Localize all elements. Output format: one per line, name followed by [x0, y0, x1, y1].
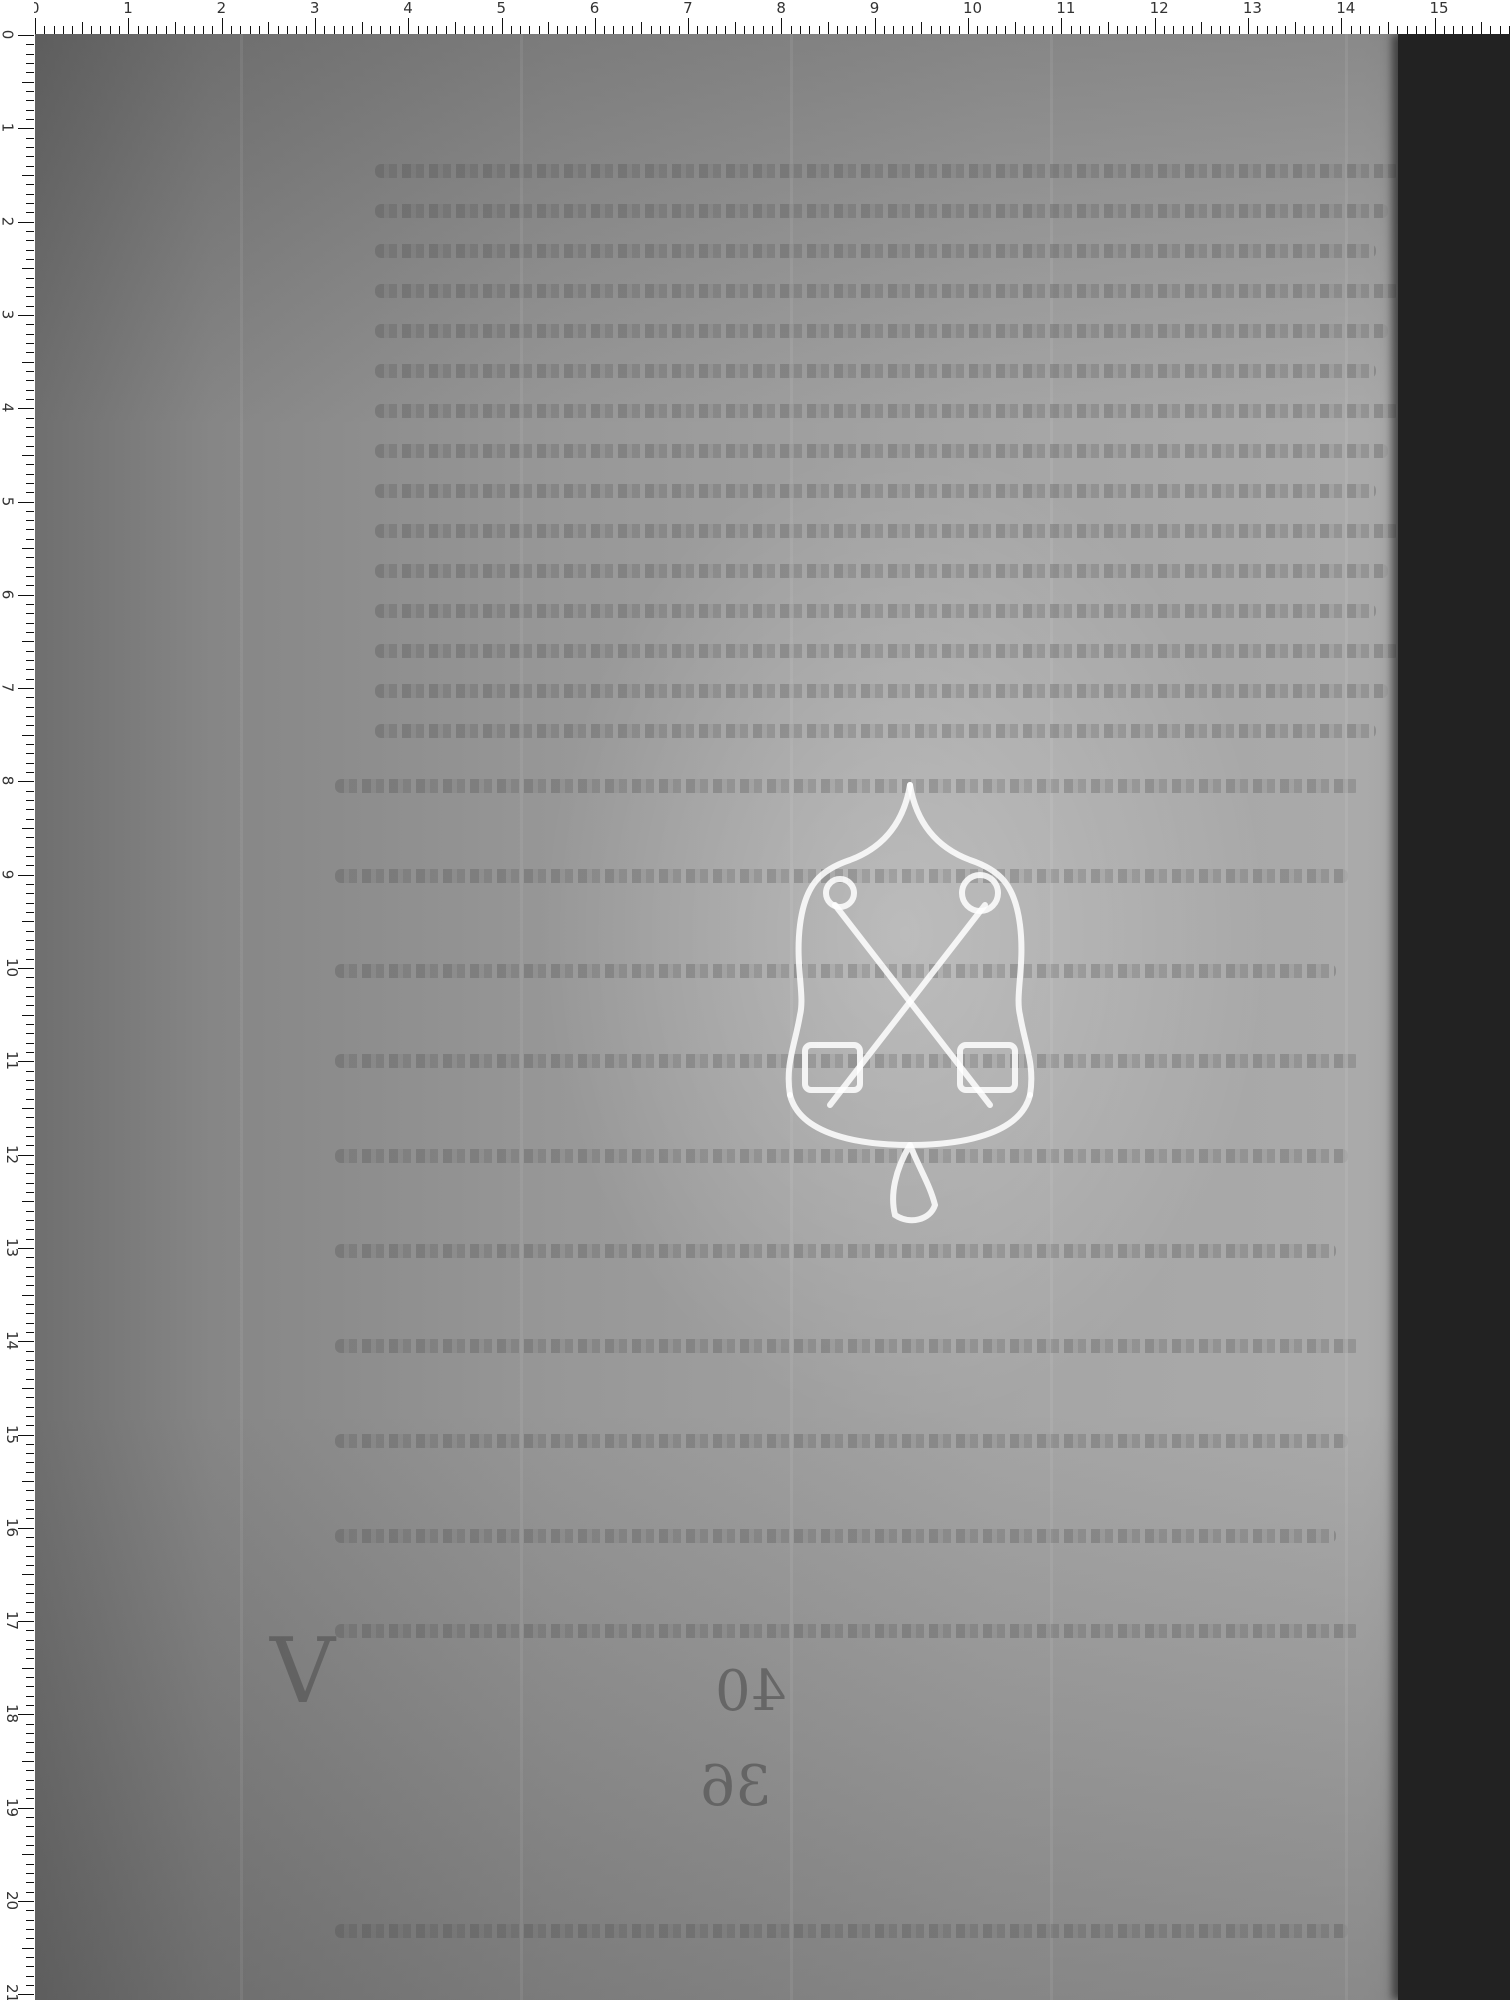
ruler-tick — [1211, 26, 1212, 34]
ruler-tick — [1136, 26, 1137, 34]
ruler-tick — [18, 875, 34, 876]
ruler-tick — [343, 26, 344, 34]
ruler-tick — [26, 996, 34, 997]
ruler-tick — [1472, 26, 1473, 34]
ruler-tick — [26, 772, 34, 773]
ruler-tick — [26, 1976, 34, 1977]
ruler-tick — [1108, 22, 1109, 34]
script-line — [375, 524, 1400, 538]
ruler-tick — [707, 26, 708, 34]
ruler-tick — [446, 26, 447, 34]
ruler-tick — [26, 977, 34, 978]
ruler-tick — [26, 1285, 34, 1286]
ruler-label: 19 — [4, 1798, 19, 1817]
ruler-tick — [26, 1462, 34, 1463]
ruler-tick — [278, 26, 279, 34]
ruler-label: 7 — [0, 683, 14, 693]
ruler-tick — [26, 1518, 34, 1519]
ruler-tick — [744, 26, 745, 34]
ruler-tick — [679, 26, 680, 34]
ruler-tick — [1043, 26, 1044, 34]
ruler-label: 6 — [0, 590, 14, 600]
script-line — [375, 564, 1388, 578]
ruler-tick — [1453, 26, 1454, 34]
chain-line — [240, 34, 243, 2000]
ruler-tick — [156, 26, 157, 34]
ruler-label: 17 — [4, 1611, 19, 1630]
ruler-tick — [22, 175, 34, 176]
ruler-tick — [529, 26, 530, 34]
ruler-tick — [856, 26, 857, 34]
ruler-tick — [26, 679, 34, 680]
ruler-tick — [623, 26, 624, 34]
ruler-tick — [166, 26, 167, 34]
script-line — [335, 1624, 1360, 1638]
ruler-tick — [1155, 18, 1156, 34]
ruler-tick — [26, 669, 34, 670]
ruler-tick — [26, 156, 34, 157]
ruler-tick — [1397, 26, 1398, 34]
ruler-tick — [91, 26, 92, 34]
ruler-tick — [921, 22, 922, 34]
numeral-lower: 36 — [700, 1754, 771, 1819]
ruler-tick — [26, 464, 34, 465]
ruler-label: 9 — [870, 1, 880, 16]
ruler-tick — [26, 940, 34, 941]
ruler-tick — [26, 1444, 34, 1445]
ruler-tick — [22, 1854, 34, 1855]
ruler-tick — [18, 688, 34, 689]
ruler-tick — [26, 1164, 34, 1165]
ruler-tick — [26, 1556, 34, 1557]
ruler-tick — [26, 1845, 34, 1846]
ruler-tick — [1061, 18, 1062, 34]
ruler-tick — [781, 18, 782, 34]
ruler-label: 8 — [776, 1, 786, 16]
ruler-tick — [26, 856, 34, 857]
ruler-tick — [26, 1724, 34, 1725]
ruler-tick — [26, 1649, 34, 1650]
ruler-label: 7 — [683, 1, 693, 16]
ruler-tick — [660, 26, 661, 34]
ruler-tick — [26, 949, 34, 950]
ruler-tick — [26, 623, 34, 624]
ruler-tick — [1481, 22, 1482, 34]
ruler-tick — [352, 26, 353, 34]
script-line — [375, 244, 1376, 258]
ruler-tick — [26, 119, 34, 120]
script-line — [375, 684, 1388, 698]
ruler-tick — [22, 735, 34, 736]
ruler-tick — [26, 1145, 34, 1146]
ruler-tick — [26, 660, 34, 661]
ruler-tick — [26, 1938, 34, 1939]
ruler-tick — [1117, 26, 1118, 34]
ruler-tick — [18, 35, 34, 36]
ruler-label: 13 — [4, 1238, 19, 1257]
ruler-tick — [931, 26, 932, 34]
manuscript-scan: 40 36 V — [35, 34, 1510, 2000]
ruler-tick — [296, 26, 297, 34]
ruler-tick — [26, 1882, 34, 1883]
ruler-tick — [800, 26, 801, 34]
ruler-tick — [26, 1836, 34, 1837]
ruler-label: 20 — [4, 1891, 19, 1910]
ruler-label: 4 — [0, 403, 14, 413]
ruler-tick — [175, 22, 176, 34]
ruler-tick — [26, 231, 34, 232]
ruler-tick — [1080, 26, 1081, 34]
ruler-tick — [26, 1005, 34, 1006]
ruler-tick — [1239, 26, 1240, 34]
ruler-tick — [26, 931, 34, 932]
ruler-tick — [26, 1985, 34, 1986]
ruler-tick — [119, 26, 120, 34]
ruler-tick — [362, 22, 363, 34]
ruler-tick — [26, 987, 34, 988]
ruler-tick — [26, 1798, 34, 1799]
ruler-tick — [1229, 26, 1230, 34]
ruler-tick — [26, 343, 34, 344]
ruler-tick — [26, 240, 34, 241]
script-line — [375, 724, 1376, 738]
ruler-tick — [1351, 26, 1352, 34]
ruler-tick — [26, 847, 34, 848]
ruler-tick — [26, 1546, 34, 1547]
ruler-tick — [26, 529, 34, 530]
ruler-tick — [26, 1966, 34, 1967]
ruler-tick — [22, 548, 34, 549]
ruler-tick — [18, 1248, 34, 1249]
ruler-tick — [763, 26, 764, 34]
ruler-tick — [22, 362, 34, 363]
ruler-tick — [250, 26, 251, 34]
ruler-tick — [875, 18, 876, 34]
script-line — [375, 404, 1400, 418]
ruler-tick — [26, 1742, 34, 1743]
ruler-tick — [22, 1388, 34, 1389]
ruler-tick — [1005, 26, 1006, 34]
ruler-tick — [1052, 26, 1053, 34]
ruler-tick — [1276, 26, 1277, 34]
ruler-tick — [18, 315, 34, 316]
margin-mark: V — [270, 1619, 335, 1724]
ruler-tick — [567, 26, 568, 34]
ruler-tick — [1444, 26, 1445, 34]
ruler-tick — [22, 1295, 34, 1296]
ruler-tick — [26, 1780, 34, 1781]
ruler-tick — [26, 585, 34, 586]
ruler-tick — [632, 26, 633, 34]
ruler-tick — [138, 26, 139, 34]
ruler-tick — [791, 26, 792, 34]
ruler-tick — [324, 26, 325, 34]
ruler-tick — [26, 324, 34, 325]
ruler-tick — [903, 26, 904, 34]
ruler-tick — [100, 26, 101, 34]
ruler-tick — [240, 26, 241, 34]
ruler-tick — [26, 1658, 34, 1659]
ruler-tick — [18, 128, 34, 129]
ruler-tick — [26, 306, 34, 307]
ruler-tick — [26, 1099, 34, 1100]
ruler-tick — [1369, 26, 1370, 34]
ruler-tick — [26, 539, 34, 540]
ruler-tick — [1407, 26, 1408, 34]
ruler-tick — [26, 903, 34, 904]
ruler-tick — [1145, 26, 1146, 34]
ruler-tick — [26, 1173, 34, 1174]
ruler-tick — [26, 744, 34, 745]
ruler-tick — [1360, 26, 1361, 34]
ruler-tick — [22, 1948, 34, 1949]
ruler-tick — [26, 371, 34, 372]
ruler-tick — [26, 436, 34, 437]
ruler-tick — [847, 26, 848, 34]
ruler-tick — [968, 18, 969, 34]
ruler-tick — [959, 26, 960, 34]
ruler-tick — [18, 1155, 34, 1156]
ruler-tick — [26, 753, 34, 754]
ruler-tick — [837, 26, 838, 34]
ruler-tick — [26, 1602, 34, 1603]
ruler-label: 6 — [590, 1, 600, 16]
ruler-tick — [82, 22, 83, 34]
ruler-tick — [26, 959, 34, 960]
ruler-tick — [18, 968, 34, 969]
ruler-label: 5 — [497, 1, 507, 16]
ruler-tick — [26, 1369, 34, 1370]
ruler-tick — [203, 26, 204, 34]
ruler-tick — [539, 26, 540, 34]
ruler-label: 11 — [4, 1051, 19, 1070]
ruler-tick — [18, 502, 34, 503]
ruler-tick — [26, 1313, 34, 1314]
ruler-tick — [26, 390, 34, 391]
ruler-tick — [977, 26, 978, 34]
ruler-tick — [26, 72, 34, 73]
ruler-tick — [26, 1043, 34, 1044]
ruler-tick — [1099, 26, 1100, 34]
ruler-tick — [511, 26, 512, 34]
ruler-tick — [1071, 26, 1072, 34]
ruler-tick — [26, 1407, 34, 1408]
ruler-tick — [26, 259, 34, 260]
ruler-tick — [418, 26, 419, 34]
script-line — [335, 1339, 1360, 1353]
ruler-tick — [22, 82, 34, 83]
ruler-tick — [1295, 22, 1296, 34]
ruler-tick — [26, 819, 34, 820]
ruler-tick — [1257, 26, 1258, 34]
ruler-tick — [1388, 22, 1389, 34]
ruler-label: 16 — [4, 1518, 19, 1537]
ruler-tick — [26, 1472, 34, 1473]
ruler-tick — [26, 1509, 34, 1510]
ruler-tick — [26, 837, 34, 838]
script-line — [335, 1244, 1336, 1258]
ruler-tick — [1024, 26, 1025, 34]
ruler-tick — [26, 1920, 34, 1921]
ruler-tick — [809, 26, 810, 34]
ruler-tick — [26, 287, 34, 288]
ruler-tick — [26, 250, 34, 251]
ruler-label: 9 — [0, 869, 14, 879]
ruler-tick — [1332, 26, 1333, 34]
ruler-tick — [26, 147, 34, 148]
ruler-tick — [725, 26, 726, 34]
ruler-tick — [26, 1183, 34, 1184]
ruler-tick — [110, 26, 111, 34]
ruler-tick — [427, 26, 428, 34]
ruler-label: 18 — [4, 1704, 19, 1723]
ruler-tick — [22, 1201, 34, 1202]
ruler-tick — [26, 1910, 34, 1911]
ruler-tick — [735, 22, 736, 34]
ruler-label: 3 — [310, 1, 320, 16]
ruler-tick — [18, 1061, 34, 1062]
ruler-tick — [26, 1267, 34, 1268]
script-line — [375, 644, 1400, 658]
ruler-label: 15 — [4, 1424, 19, 1443]
ruler-tick — [26, 278, 34, 279]
ruler-tick — [1313, 26, 1314, 34]
ruler-tick — [315, 18, 316, 34]
ruler-tick — [26, 1192, 34, 1193]
ruler-label: 15 — [1430, 1, 1449, 16]
ruler-tick — [492, 26, 493, 34]
scanner-dark-band — [1398, 34, 1510, 2000]
script-line — [375, 164, 1400, 178]
ruler-tick — [987, 26, 988, 34]
ruler-tick — [474, 26, 475, 34]
ruler-tick — [26, 1537, 34, 1538]
ruler-tick — [688, 18, 689, 34]
ruler-tick — [26, 63, 34, 64]
ruler-tick — [26, 1957, 34, 1958]
ruler-tick — [26, 1257, 34, 1258]
ruler-tick — [949, 26, 950, 34]
ruler-label: 4 — [403, 1, 413, 16]
ruler-tick — [1341, 18, 1342, 34]
script-line — [375, 284, 1400, 298]
ruler-label: 12 — [4, 1145, 19, 1164]
ruler-tick — [1500, 26, 1501, 34]
ruler-tick — [390, 26, 391, 34]
ruler-tick — [26, 1425, 34, 1426]
ruler-tick — [26, 809, 34, 810]
ruler-tick — [464, 26, 465, 34]
ruler-tick — [26, 520, 34, 521]
ruler-tick — [26, 800, 34, 801]
script-line — [335, 1924, 1348, 1938]
ruler-tick — [334, 26, 335, 34]
ruler-tick — [1173, 26, 1174, 34]
ruler-tick — [26, 296, 34, 297]
ruler-tick — [26, 763, 34, 764]
ruler-tick — [26, 1453, 34, 1454]
ruler-tick — [147, 26, 148, 34]
script-line — [335, 1434, 1348, 1448]
ruler-tick — [18, 1994, 34, 1995]
ruler-tick — [26, 716, 34, 717]
ruler-tick — [604, 26, 605, 34]
ruler-tick — [26, 893, 34, 894]
ruler-tick — [893, 26, 894, 34]
ruler-tick — [231, 26, 232, 34]
ruler-tick — [212, 26, 213, 34]
ruler-tick — [1183, 26, 1184, 34]
ruler-tick — [35, 18, 36, 34]
ruler-tick — [18, 1901, 34, 1902]
ruler-tick — [26, 427, 34, 428]
ruler-tick — [26, 1276, 34, 1277]
ruler-tick — [26, 557, 34, 558]
ruler-tick — [18, 1808, 34, 1809]
ruler-tick — [1220, 26, 1221, 34]
ruler-tick — [18, 222, 34, 223]
ruler-tick — [716, 26, 717, 34]
ruler-tick — [1248, 18, 1249, 34]
ruler-tick — [1267, 26, 1268, 34]
ruler-tick — [26, 1332, 34, 1333]
ruler-tick — [26, 1379, 34, 1380]
ruler-tick — [26, 1089, 34, 1090]
ruler-tick — [54, 26, 55, 34]
ruler-tick — [22, 641, 34, 642]
ruler-tick — [26, 604, 34, 605]
ruler-tick — [26, 1686, 34, 1687]
ruler-tick — [26, 791, 34, 792]
ruler-tick — [26, 697, 34, 698]
ruler-tick — [194, 26, 195, 34]
ruler-tick — [26, 1136, 34, 1137]
ruler-label: 0 — [0, 30, 14, 40]
ruler-tick — [22, 1108, 34, 1109]
ruler-tick — [26, 184, 34, 185]
ruler-tick — [26, 1117, 34, 1118]
ruler-tick — [26, 1593, 34, 1594]
ruler-tick — [26, 1565, 34, 1566]
ruler-tick — [26, 1584, 34, 1585]
ruler-tick — [26, 352, 34, 353]
ruler-label: 2 — [217, 1, 227, 16]
ruler-tick — [26, 1770, 34, 1771]
ruler-tick — [26, 1304, 34, 1305]
ruler-tick — [613, 26, 614, 34]
ruler-label: 5 — [0, 496, 14, 506]
ruler-tick — [26, 1416, 34, 1417]
ruler-tick — [548, 22, 549, 34]
ruler-tick — [26, 651, 34, 652]
script-line — [375, 364, 1376, 378]
ruler-tick — [26, 474, 34, 475]
ruler-tick — [259, 26, 260, 34]
ruler-tick — [436, 26, 437, 34]
ruler-tick — [1323, 26, 1324, 34]
ruler-tick — [26, 54, 34, 55]
ruler-tick — [697, 26, 698, 34]
ruler-tick — [184, 26, 185, 34]
ruler-tick — [268, 22, 269, 34]
script-line — [375, 444, 1388, 458]
ruler-top: 012345678910111213141516 — [0, 0, 1510, 34]
ruler-tick — [772, 26, 773, 34]
ruler-label: 3 — [0, 310, 14, 320]
ruler-tick — [26, 1229, 34, 1230]
ruler-label: 1 — [123, 1, 133, 16]
ruler-tick — [22, 828, 34, 829]
